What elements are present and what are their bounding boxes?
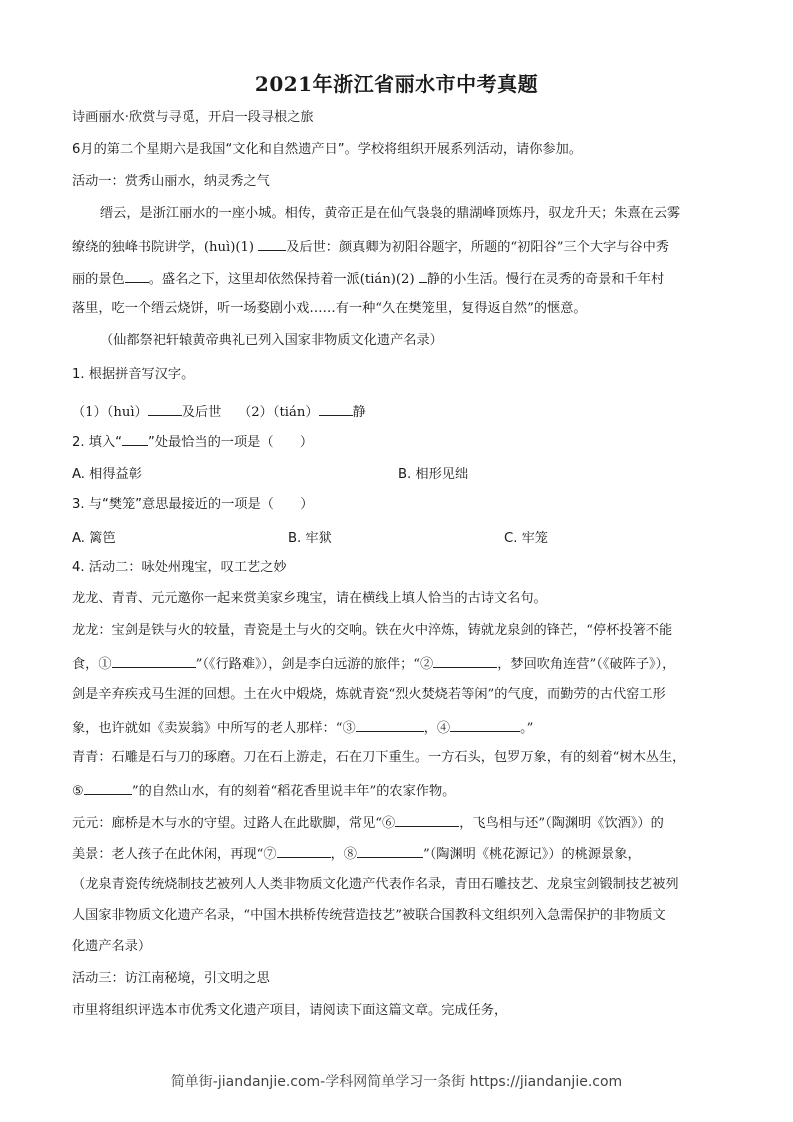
question-1-answers: （1）（huì）及后世 （2）（tián）静 — [72, 402, 366, 422]
activity-one-heading: 活动一：赏秀山丽水，纳灵秀之气 — [72, 173, 270, 191]
question-4-note: （龙泉青瓷传统烧制技艺被列人人类非物质文化遗产代表作名录，青田石雕技艺、龙泉宝剑… — [72, 876, 679, 894]
intro-text: 6月的第二个星期六是我国“文化和自然遗产日”。学校将组织开展系列活动，请你参加。 — [72, 141, 582, 159]
question-3-stem: 3. 与“樊笼”意思最接近的一项是（ ） — [72, 496, 313, 514]
question-4-stem: 4. 活动二：咏处州瑰宝，叹工艺之妙 — [72, 559, 287, 577]
blank-circled-7[interactable] — [277, 844, 331, 858]
activity-three-text: 市里将组织评选本市优秀文化遗产项目，请阅读下面这篇文章。完成任务， — [72, 1002, 507, 1020]
question-4-line: 元元：廊桥是木与水的守望。过路人在此歇脚，常见“⑥，飞鸟相与还”（陶渊明《饮酒》… — [72, 813, 664, 833]
question-4-line: ⑤”的自然山水，有的刻着“稻花香里说丰年”的农家作物。 — [72, 781, 455, 801]
activity-three-heading: 活动三：访江南秘境，引文明之思 — [72, 970, 270, 988]
passage-note: （仙都祭祀轩辕黄帝典礼已列入国家非物质文化遗产名录） — [100, 332, 443, 350]
question-4-line: 美景：老人孩子在此休闲，再现“⑦，⑧”（陶渊明《桃花源记》）的桃源景象， — [72, 844, 641, 864]
question-2-stem: 2. 填入“”处最恰当的一项是（ ） — [72, 432, 313, 452]
blank-q2 — [122, 432, 148, 446]
question-4-line: 食，①”（《行路难》），剑是李白远游的旅伴；“②，梦回吹角连营”（《破阵子》）， — [72, 654, 675, 674]
blank-2[interactable] — [125, 269, 149, 283]
question-4-note: 人国家非物质文化遗产名录，“中国木拱桥传统营造技艺”被联合国教科文组织列入急需保… — [72, 907, 666, 925]
question-1-stem: 1. 根据拼音写汉字。 — [72, 366, 194, 384]
option-a[interactable]: A. 相得益彰 — [72, 463, 142, 482]
question-4-line: 象，也许就如《卖炭翁》中所写的老人那样：“③，④。” — [72, 718, 533, 738]
option-a[interactable]: A. 篱笆 — [72, 527, 116, 546]
blank-circled-2[interactable] — [433, 654, 497, 668]
answer-blank-2[interactable] — [319, 402, 353, 416]
blank-circled-5[interactable] — [84, 781, 132, 795]
blank-circled-8[interactable] — [357, 844, 423, 858]
passage-line: 缭绕的独峰书院讲学，(huì)(1) 及后世：颜真卿为初阳谷题字，所题的“初阳谷… — [72, 237, 669, 257]
passage-line: 丽的景色。盛名之下，这里却依然保持着一派(tián)(2) 静的小生活。慢行在灵… — [72, 269, 664, 289]
page-title: 2021年浙江省丽水市中考真题 — [0, 68, 793, 97]
blank-circled-3[interactable] — [356, 718, 424, 732]
document-page: 2021年浙江省丽水市中考真题 诗画丽水·欣赏与寻觅，开启一段寻根之旅 6月的第… — [0, 0, 793, 1122]
question-4-intro: 龙龙、青青、元元邀你一起来赏美家乡瑰宝，请在横线上填人恰当的古诗文名句。 — [72, 590, 547, 608]
passage-line: 缙云，是浙江丽水的一座小城。相传，黄帝正是在仙气袅袅的鼎湖峰顶炼丹，驭龙升天；朱… — [100, 205, 680, 223]
answer-blank-1[interactable] — [148, 402, 182, 416]
passage-line: 落里，吃一个缙云烧饼，听一场婺剧小戏……有一种“久在樊笼里，复得返自然”的惬意。 — [72, 300, 587, 318]
question-4-line: 青青：石雕是石与刀的琢磨。刀在石上游走，石在刀下重生。一方石头，包罗万象，有的刻… — [72, 749, 685, 767]
blank-circled-4[interactable] — [450, 718, 520, 732]
question-4-line: 剑是辛弃疾戎马生涯的回想。土在火中煅烧，炼就青瓷“烈火焚烧若等闲”的气度，而勤劳… — [72, 686, 666, 704]
blank-1[interactable] — [258, 237, 286, 251]
option-b[interactable]: B. 牢狱 — [288, 527, 332, 546]
question-4-line: 龙龙：宝剑是铁与火的较量，青瓷是土与火的交响。铁在火中淬炼，铸就龙泉剑的锋芒，“… — [72, 622, 672, 640]
option-c[interactable]: C. 牢笼 — [504, 527, 548, 546]
blank-3[interactable] — [419, 269, 427, 283]
intro-heading: 诗画丽水·欣赏与寻觅，开启一段寻根之旅 — [72, 109, 314, 127]
footer-watermark: 简单街-jiandanjie.com-学科网简单学习一条街 https://ji… — [0, 1071, 793, 1091]
question-4-note: 化遗产名录） — [72, 938, 151, 956]
blank-circled-1[interactable] — [112, 654, 196, 668]
blank-circled-6[interactable] — [395, 813, 459, 827]
option-b[interactable]: B. 相形见绌 — [398, 463, 468, 482]
